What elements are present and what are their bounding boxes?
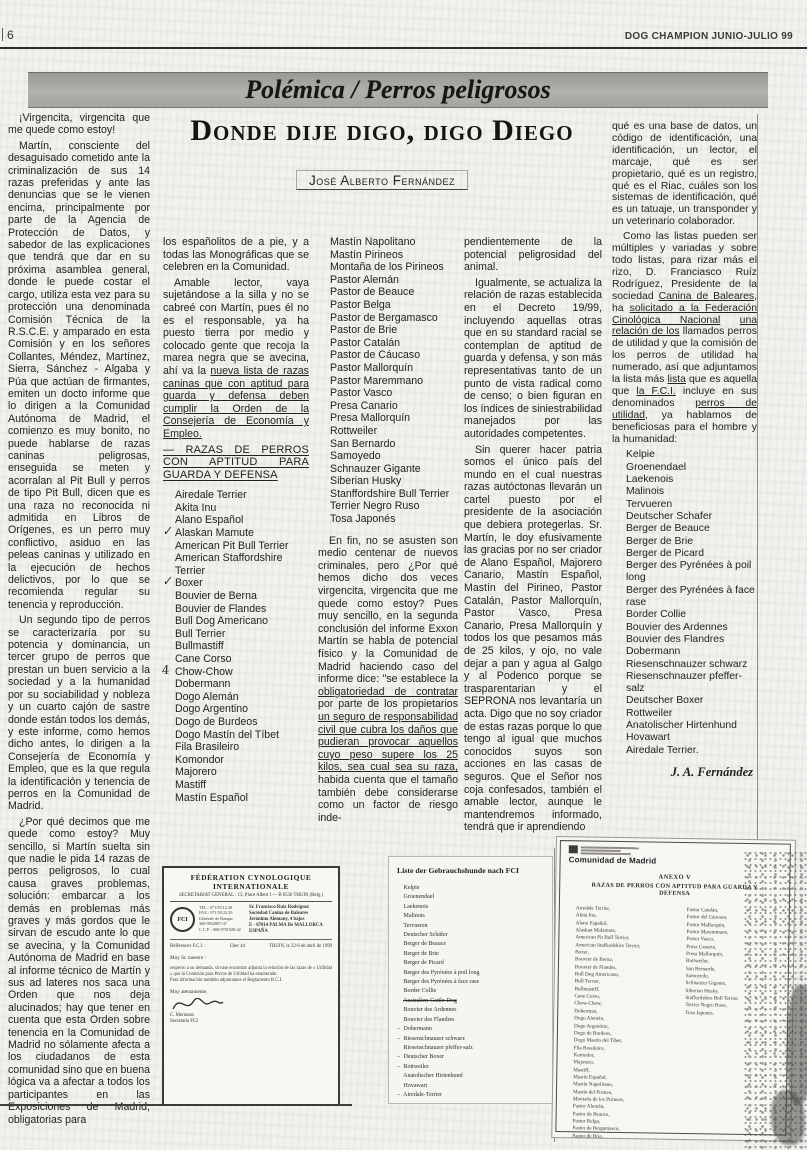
dateline: THUIN, le 22-6 de abril de 1999: [269, 944, 332, 949]
text-segment: obligatoriedad de contratar: [318, 686, 458, 698]
breed-name: Montaña de los Pirineos: [330, 261, 444, 273]
letter-closing: Muy atentamente,: [170, 989, 332, 995]
fci-list-item: Berger des Pyrénées à face rase: [397, 978, 544, 987]
anexo-inner-frame: Comunidad de Madrid ANEXO V RAZAS DE PER…: [555, 840, 791, 1136]
column-divider-right: [757, 114, 758, 850]
breed-name: Cane Corso: [175, 653, 232, 665]
fci-list-item: Groenendael: [397, 893, 544, 902]
column-1: ¡Virgencita, virgencita que me quede com…: [8, 112, 150, 1129]
breed-name: Tervueren: [403, 923, 427, 929]
author-wrap: José Alberto Fernández: [158, 170, 606, 190]
breed-name: Deutscher Schafer: [626, 511, 712, 522]
breed-name: Pastor de Bergamasco: [330, 312, 438, 324]
fci-logo-icon: FCI: [170, 907, 195, 932]
breed-name: Rottweiler: [330, 425, 377, 437]
text-segment: la F.C.I.: [636, 386, 675, 397]
breed-name: Dobermann: [626, 646, 680, 657]
breed-item: Bull Terrier: [163, 628, 309, 641]
breed-name: Berger de Beauce: [404, 941, 447, 947]
breed-item: Berger des Pyrénées à face rase: [612, 585, 757, 610]
letter-body-line: respecto a su demanda, sírvase encontrar…: [170, 966, 332, 978]
fci-list-item: Hovawart: [397, 1082, 544, 1091]
breed-name: Samoyedo: [330, 450, 381, 462]
breed-name: Tosa Japonés.: [685, 1010, 779, 1019]
fci-contact-block: TEL.: 071/59.12.38FAX : 071/59.22.29Géné…: [199, 905, 243, 935]
breed-item: Dogo Argentino: [163, 703, 309, 716]
breed-name: Riesenschnauzer pfeffer-salz: [404, 1045, 473, 1051]
article-title-block: Donde dije digo, digo Diego José Alberto…: [158, 114, 606, 190]
fci-list-item: Kelpie: [397, 884, 544, 893]
breed-name: Malinois: [626, 486, 664, 497]
breed-name: Border Collie: [626, 609, 686, 620]
breed-item: Pastor Alemán: [318, 274, 458, 287]
anexo-document: Comunidad de Madrid ANEXO V RAZAS DE PER…: [551, 836, 796, 1142]
breed-item: Dogo Alemán: [163, 691, 309, 704]
breed-name: Pastor Alemán: [330, 274, 399, 286]
breed-item: Berger de Brie: [612, 536, 757, 548]
breed-item: Alano Español: [163, 514, 309, 527]
breed-item: Airedale Terrier.: [612, 745, 757, 757]
breed-item: Riesenschnauzer pfeffer-salz: [612, 671, 757, 696]
fci-list-item: Bouvier des Flandres: [397, 1016, 544, 1025]
text-segment: lista: [667, 374, 685, 385]
breed-name: Berger des Pyrénées à poil long: [404, 970, 480, 976]
page-number: 6: [7, 28, 14, 42]
breed-list-utilidad: Kelpie Groenendael Laekenois Malinois Te…: [612, 449, 757, 756]
breed-name: Pastor de Beauce: [330, 286, 414, 298]
paragraph: pendientemente de la potencial peligrosi…: [464, 236, 602, 274]
breed-item: Pastor Belga: [318, 299, 458, 312]
breed-name: American Pit Bull Terrier: [175, 540, 288, 552]
breed-name: Alaskan Mamute: [175, 527, 254, 539]
fci-list-item: Border Collie: [397, 987, 544, 996]
anexo-breed-columns: Airedale Terrier,Akita Inu,Alano Español…: [564, 905, 781, 1143]
paragraph: Como las listas pueden ser múltiples y v…: [612, 231, 757, 445]
section-banner: Polémica / Perros peligrosos: [28, 72, 768, 108]
fci-list-item: – Rottweiler: [397, 1063, 544, 1072]
breed-item: Rottweiler: [612, 708, 757, 720]
breed-name: Laekenois: [626, 474, 673, 485]
page-edge-tick: [2, 28, 3, 41]
breed-name: Bullmastiff: [175, 640, 224, 652]
author-name: José Alberto Fernández: [296, 170, 468, 190]
breed-item: Pastor de Bergamasco: [318, 312, 458, 325]
paragraph: Amable lector, vaya sujetándose a la sil…: [163, 277, 309, 441]
comunidad-madrid-logo-icon: [569, 845, 578, 853]
breed-item: Schnauzer Gigante: [318, 463, 458, 476]
handwritten-pen-mark: ✓: [161, 575, 173, 589]
breed-name: Chow-Chow: [175, 666, 233, 678]
breed-item: Presa Mallorquín: [318, 412, 458, 425]
breed-name: Deutscher Boxer: [626, 695, 703, 706]
fci-list-item: Berger de Picard: [397, 959, 544, 968]
breed-item: Laekenois: [612, 474, 757, 486]
paragraph: ¿Por qué decimos que me quede como estoy…: [8, 816, 150, 1126]
fci-list-item: Laekenois: [397, 903, 544, 912]
breed-item: Riesenschnauzer schwarz: [612, 659, 757, 671]
breed-list-guarda-2: Mastín Napolitano Mastín Pirineos Montañ…: [318, 236, 458, 526]
fci-letter-document: FÉDÉRATION CYNOLOGIQUE INTERNATIONALE SE…: [162, 866, 340, 1106]
breed-name: Pastor Maremmano: [330, 375, 423, 387]
breed-item: Bull Dog Americano: [163, 615, 309, 628]
fci-list-item: Bouvier des Ardennes: [397, 1006, 544, 1015]
breed-name: Akita Inu: [175, 502, 216, 514]
handwritten-pen-mark: ✓: [161, 524, 173, 538]
breed-name: Airedale Terrier: [175, 489, 247, 501]
breed-name: Berger de Brie: [626, 536, 693, 547]
breed-name: Malinois: [404, 913, 425, 919]
breed-name: Mastín Pirineos: [330, 249, 403, 261]
breed-item: Tervueren: [612, 499, 757, 511]
breed-item: Rottweiler: [318, 425, 458, 438]
breed-item: Presa Canario: [318, 400, 458, 413]
breed-item: Komondor: [163, 754, 309, 767]
breed-name: Bouvier des Ardennes: [626, 622, 728, 633]
pen-dash-mark: –: [397, 1063, 402, 1072]
addressee-line: ESPAÑA: [249, 929, 323, 935]
breed-item: Bouvier des Ardennes: [612, 622, 757, 634]
breed-name: Pastor de Cáucaso: [330, 349, 420, 361]
fci-list-document: Liste der Gebrauchshunde nach FCI Kelpie…: [388, 856, 553, 1104]
text-segment: habida cuenta que el tamaño también debe…: [318, 774, 458, 824]
fci-list-item: – Airedale-Terrier: [397, 1091, 544, 1100]
breed-name: Schnauzer Gigante: [330, 463, 421, 475]
breed-name: Stanffordshire Bull Terrier: [330, 488, 449, 500]
breed-name: Rottweiler: [404, 1064, 429, 1070]
fci-list-item: Malinois: [397, 912, 544, 921]
breed-name: Pastor Vasco: [330, 387, 392, 399]
breed-name: Deutscher Schäfer: [404, 932, 448, 938]
breed-name: Groenendael: [626, 462, 686, 473]
breed-item: Hovawart: [612, 732, 757, 744]
fci-list-item: – Dobermann: [397, 1025, 544, 1034]
breed-name: Berger des Pyrénées à face rase: [404, 979, 480, 985]
author-signature: J. A. Fernández: [612, 767, 757, 779]
paragraph: Martín, consciente del desaguisado comet…: [8, 140, 150, 611]
anexo-titles: ANEXO V RAZAS DE PERROS CON APTITUD PARA…: [568, 872, 781, 898]
breed-item: Kelpie: [612, 449, 757, 461]
fci-list-item: Deutscher Schäfer: [397, 931, 544, 940]
breed-item: Montaña de los Pirineos: [318, 261, 458, 274]
breed-name: Kelpie: [404, 885, 420, 891]
breed-name: American Staffordshire Terrier: [175, 552, 283, 577]
fci-list-item: Anatolischer Hirtenhund: [397, 1072, 544, 1081]
breed-name: Riesenschnauzer pfeffer-salz: [626, 671, 742, 694]
breed-name: Dobermann: [404, 1026, 432, 1032]
breed-item: Tosa Japonés: [318, 513, 458, 526]
anexo-column-a: Airedale Terrier,Akita Inu,Alano Español…: [572, 905, 687, 1142]
text-segment: un seguro de responsabilidad civil que c…: [318, 711, 458, 773]
fci-list-item: Australien-Cattle-Dog: [397, 997, 544, 1006]
text-segment: En fin, no se asusten son medio centenar…: [318, 535, 458, 686]
breed-item: Dogo Mastín del Tíbet: [163, 729, 309, 742]
breed-item: Siberian Husky: [318, 475, 458, 488]
paragraph: ¡Virgencita, virgencita que me quede com…: [8, 112, 150, 137]
breed-name: Alano Español: [175, 514, 243, 526]
fci-list-item: Riesenschnauzer pfeffer-salz: [397, 1044, 544, 1053]
pen-dash-mark: –: [397, 1053, 402, 1062]
breed-name: Bouvier de Flandes: [175, 603, 266, 615]
breed-item: Berger des Pyrénées à poil long: [612, 560, 757, 585]
breed-name: Dogo de Burdeos: [175, 716, 257, 728]
breed-item: American Pit Bull Terrier: [163, 540, 309, 553]
breed-item: Pastor de Beauce: [318, 286, 458, 299]
fci-list-item: – Deutscher Boxer: [397, 1053, 544, 1062]
breed-item: Malinois: [612, 486, 757, 498]
breed-name: Tosa Japonés: [330, 513, 395, 525]
handwritten-pen-mark: 4: [161, 663, 170, 677]
breed-name: Pastor Catalán: [330, 337, 400, 349]
handwritten-signature: [172, 998, 224, 1012]
breed-item: Airedale Terrier: [163, 489, 309, 502]
breed-name: Berger de Beauce: [626, 523, 710, 534]
breed-item: Berger de Picard: [612, 548, 757, 560]
comunidad-org-name: Comunidad de Madrid: [569, 855, 782, 867]
breed-name: Riesenschnauzer schwarz: [404, 1036, 465, 1042]
breed-name: Bouvier de Berna: [175, 590, 257, 602]
breed-item: Border Collie: [612, 609, 757, 621]
breed-item: Anatolischer Hirtenhund: [612, 720, 757, 732]
breed-item: Deutscher Boxer: [612, 695, 757, 707]
breed-name: Tervueren: [626, 499, 672, 510]
breed-name: San Bernardo: [330, 438, 395, 450]
pen-dash-mark: –: [397, 1035, 402, 1044]
breed-name: Rottweiler: [626, 708, 672, 719]
breed-item: Deutscher Schafer: [612, 511, 757, 523]
breed-name: Mastín Español: [175, 792, 248, 804]
breed-item: Pastor de Cáucaso: [318, 349, 458, 362]
breed-item: Fila Brasileiro: [163, 741, 309, 754]
pen-dash-mark: –: [397, 1025, 402, 1034]
breed-name: Hovawart: [626, 732, 670, 743]
breed-item: Pastor Maremmano: [318, 375, 458, 388]
breed-name: Pastor Mallorquín: [330, 362, 413, 374]
breed-item: Pastor Vasco: [318, 387, 458, 400]
breed-item: Bouvier des Flandres: [612, 634, 757, 646]
article-title: Donde dije digo, digo Diego: [158, 114, 606, 148]
breed-name: Anatolischer Hirtenhund: [403, 1073, 462, 1079]
newspaper-page: 6 DOG CHAMPION JUNIO-JULIO 99 Polémica /…: [0, 0, 807, 1150]
breed-name: Presa Mallorquín: [330, 412, 410, 424]
header-rule: [0, 47, 807, 49]
section-banner-title: Polémica / Perros peligrosos: [245, 75, 550, 105]
breed-item: Pastor Mallorquín: [318, 362, 458, 375]
breed-item: Dogo de Burdeos: [163, 716, 309, 729]
breed-name: Bouvier des Flandres: [404, 1017, 455, 1023]
paragraph: los españolitos de a pie, y a todas las …: [163, 236, 309, 274]
publication-title: DOG CHAMPION JUNIO-JULIO 99: [625, 31, 793, 42]
fci-list-item: – Riesenschnauzer schwarz: [397, 1035, 544, 1044]
text-segment: [720, 315, 739, 326]
breed-item: San Bernardo: [318, 438, 458, 451]
column-5: qué es una base de datos, un código de i…: [612, 121, 757, 779]
reference-value: Cher 44: [230, 944, 245, 949]
breed-item: ✓ Alaskan Mamute: [163, 527, 309, 540]
breed-item: Majorero: [163, 766, 309, 779]
breed-name: Pastor de Brie,: [572, 1133, 683, 1142]
breed-name: Airedale Terrier.: [626, 745, 699, 756]
breed-item: Bouvier de Flandes: [163, 603, 309, 616]
breed-name: Riesenschnauzer schwarz: [626, 659, 747, 670]
letter-body: respecto a su demanda, sírvase encontrar…: [170, 966, 332, 984]
fci-list-item: Berger de Beauce: [397, 940, 544, 949]
breed-name: Presa Canario: [330, 400, 398, 412]
contact-line: C.C.P. : 000-0791928-42: [199, 927, 243, 932]
fci-list-item: Berger des Pyrénées à poil long: [397, 969, 544, 978]
breed-name: Dogo Alemán: [175, 691, 239, 703]
breed-item: Mastín Pirineos: [318, 249, 458, 262]
breed-name: Groenendael: [404, 894, 435, 900]
fci-reference-row: Références F.C.I. : Cher 44 THUIN, le 22…: [170, 944, 332, 949]
signer-title: Secretaria FCI: [170, 1019, 332, 1025]
breed-name: Mastiff: [175, 779, 206, 791]
paragraph: Un segundo tipo de perros se caracteriza…: [8, 614, 150, 813]
breed-name: Boxer: [175, 577, 203, 589]
breed-item: American Staffordshire Terrier: [163, 552, 309, 577]
fci-letter-title: FÉDÉRATION CYNOLOGIQUE INTERNATIONALE: [170, 873, 332, 891]
breed-name: Deutscher Boxer: [404, 1054, 445, 1060]
breed-name: Bull Terrier: [175, 628, 225, 640]
breed-item: Bullmastiff: [163, 640, 309, 653]
breed-item: Pastor Catalán: [318, 337, 458, 350]
text-segment: Canina de Baleares: [659, 291, 755, 302]
column-4: pendientemente de la potencial peligrosi…: [464, 236, 602, 837]
breed-item: Mastiff: [163, 779, 309, 792]
salutation: Muy Sr. nuestro :: [170, 955, 332, 961]
breed-item: Pastor de Brie: [318, 324, 458, 337]
breed-item: Bouvier de Berna: [163, 590, 309, 603]
breed-item: Akita Inu: [163, 502, 309, 515]
signer-block: C. Mermans Secretaria FCI: [170, 1013, 332, 1025]
logo-caption-lines: [581, 845, 639, 855]
breed-name: Dogo Mastín del Tíbet: [175, 729, 279, 741]
breed-item: Samoyedo: [318, 450, 458, 463]
breed-item: ✓ Boxer: [163, 577, 309, 590]
fci-list-item: Berger de Brie: [397, 950, 544, 959]
breed-item: Dobermann: [163, 678, 309, 691]
paragraph: En fin, no se asusten son medio centenar…: [318, 535, 458, 825]
breed-name: Berger de Picard: [626, 548, 704, 559]
text-segment: Amable lector, vaya sujetándose a la sil…: [163, 277, 309, 377]
breed-name: Mastín Napolitano: [330, 236, 415, 248]
breed-name: Border Collie: [404, 988, 437, 994]
breed-item: Terrier Negro Ruso: [318, 500, 458, 513]
breed-name: Berger de Brie: [404, 951, 439, 957]
breed-name: Pastor Belga: [330, 299, 391, 311]
breed-item: Dobermann: [612, 646, 757, 658]
text-segment: por parte de los propietarios: [318, 698, 458, 710]
breed-name: Bouvier des Flandres: [626, 634, 724, 645]
breed-name: Airedale-Terrier: [403, 1092, 442, 1098]
breed-name: Bull Dog Americano: [175, 615, 268, 627]
breed-list-guarda-1: Airedale Terrier Akita Inu Alano Español…: [163, 489, 309, 804]
paragraph: Sin querer hacer patria somos el único p…: [464, 444, 602, 834]
breed-item: Cane Corso: [163, 653, 309, 666]
breed-name: Fila Brasileiro: [175, 741, 239, 753]
reference-label: Références F.C.I. :: [170, 944, 206, 949]
breed-name: Australien-Cattle-Dog: [403, 998, 457, 1004]
anexo-subtitle: RAZAS DE PERROS CON APTITUD PARA GUARDA …: [568, 881, 781, 898]
breed-name: Berger des Pyrénées à poil long: [626, 560, 751, 583]
breed-name: Komondor: [175, 754, 224, 766]
column-2: los españolitos de a pie, y a todas las …: [163, 236, 309, 804]
breed-item: Groenendael: [612, 462, 757, 474]
breed-name: Berger des Pyrénées à face rase: [626, 585, 755, 608]
breed-name: Dobermann: [175, 678, 230, 690]
breed-name: Bouvier des Ardennes: [404, 1007, 457, 1013]
column-3: Mastín Napolitano Mastín Pirineos Montañ…: [318, 236, 458, 827]
fci-list-items: Kelpie Groenendael Laekenois Malinois Te…: [397, 884, 544, 1100]
breed-item: Stanffordshire Bull Terrier: [318, 488, 458, 501]
breed-name: Hovawart: [404, 1083, 428, 1089]
breed-name: Kelpie: [626, 449, 655, 460]
breed-name: Berger de Picard: [404, 960, 444, 966]
breed-item: Berger de Beauce: [612, 523, 757, 535]
breed-item: Mastín Español: [163, 792, 309, 805]
breed-name: Terrier Negro Ruso: [330, 500, 420, 512]
breed-name: Dogo Argentino: [175, 703, 248, 715]
fci-list-item: Tervueren: [397, 922, 544, 931]
paragraph: qué es una base de datos, un código de i…: [612, 121, 757, 228]
breed-name: Laekenois: [404, 904, 429, 910]
photocopy-blob: [787, 985, 807, 1105]
fci-addressee-block: Sr. Francisco Ruiz RodríguezSociedad Can…: [249, 905, 323, 935]
letter-body-line: Para información también adjuntamos el R…: [170, 978, 332, 984]
breed-name: Anatolischer Hirtenhund: [626, 720, 737, 731]
breed-name: Pastor de Brie: [330, 324, 397, 336]
breed-item: 4 Chow-Chow: [163, 666, 309, 679]
anexo-column-b: Pastor Catalán,Pastor del Cáucaso,Pastor…: [683, 907, 781, 1143]
fci-list-title: Liste der Gebrauchshunde nach FCI: [397, 866, 544, 875]
paragraph: Igualmente, se actualiza la relación de …: [464, 277, 602, 441]
breed-name: Majorero: [175, 766, 217, 778]
fci-letter-subtitle: SECRETARIAT GENERAL : 13, Place Albert I…: [170, 891, 332, 902]
breed-name: Siberian Husky: [330, 475, 401, 487]
fci-letter-header-row: FCI TEL.: 071/59.12.38FAX : 071/59.22.29…: [170, 905, 332, 940]
breed-item: Mastín Napolitano: [318, 236, 458, 249]
breed-list-heading: — RAZAS DE PERROS CON APTITUD PARA GUARD…: [163, 444, 309, 482]
pen-dash-mark: –: [397, 1091, 402, 1100]
